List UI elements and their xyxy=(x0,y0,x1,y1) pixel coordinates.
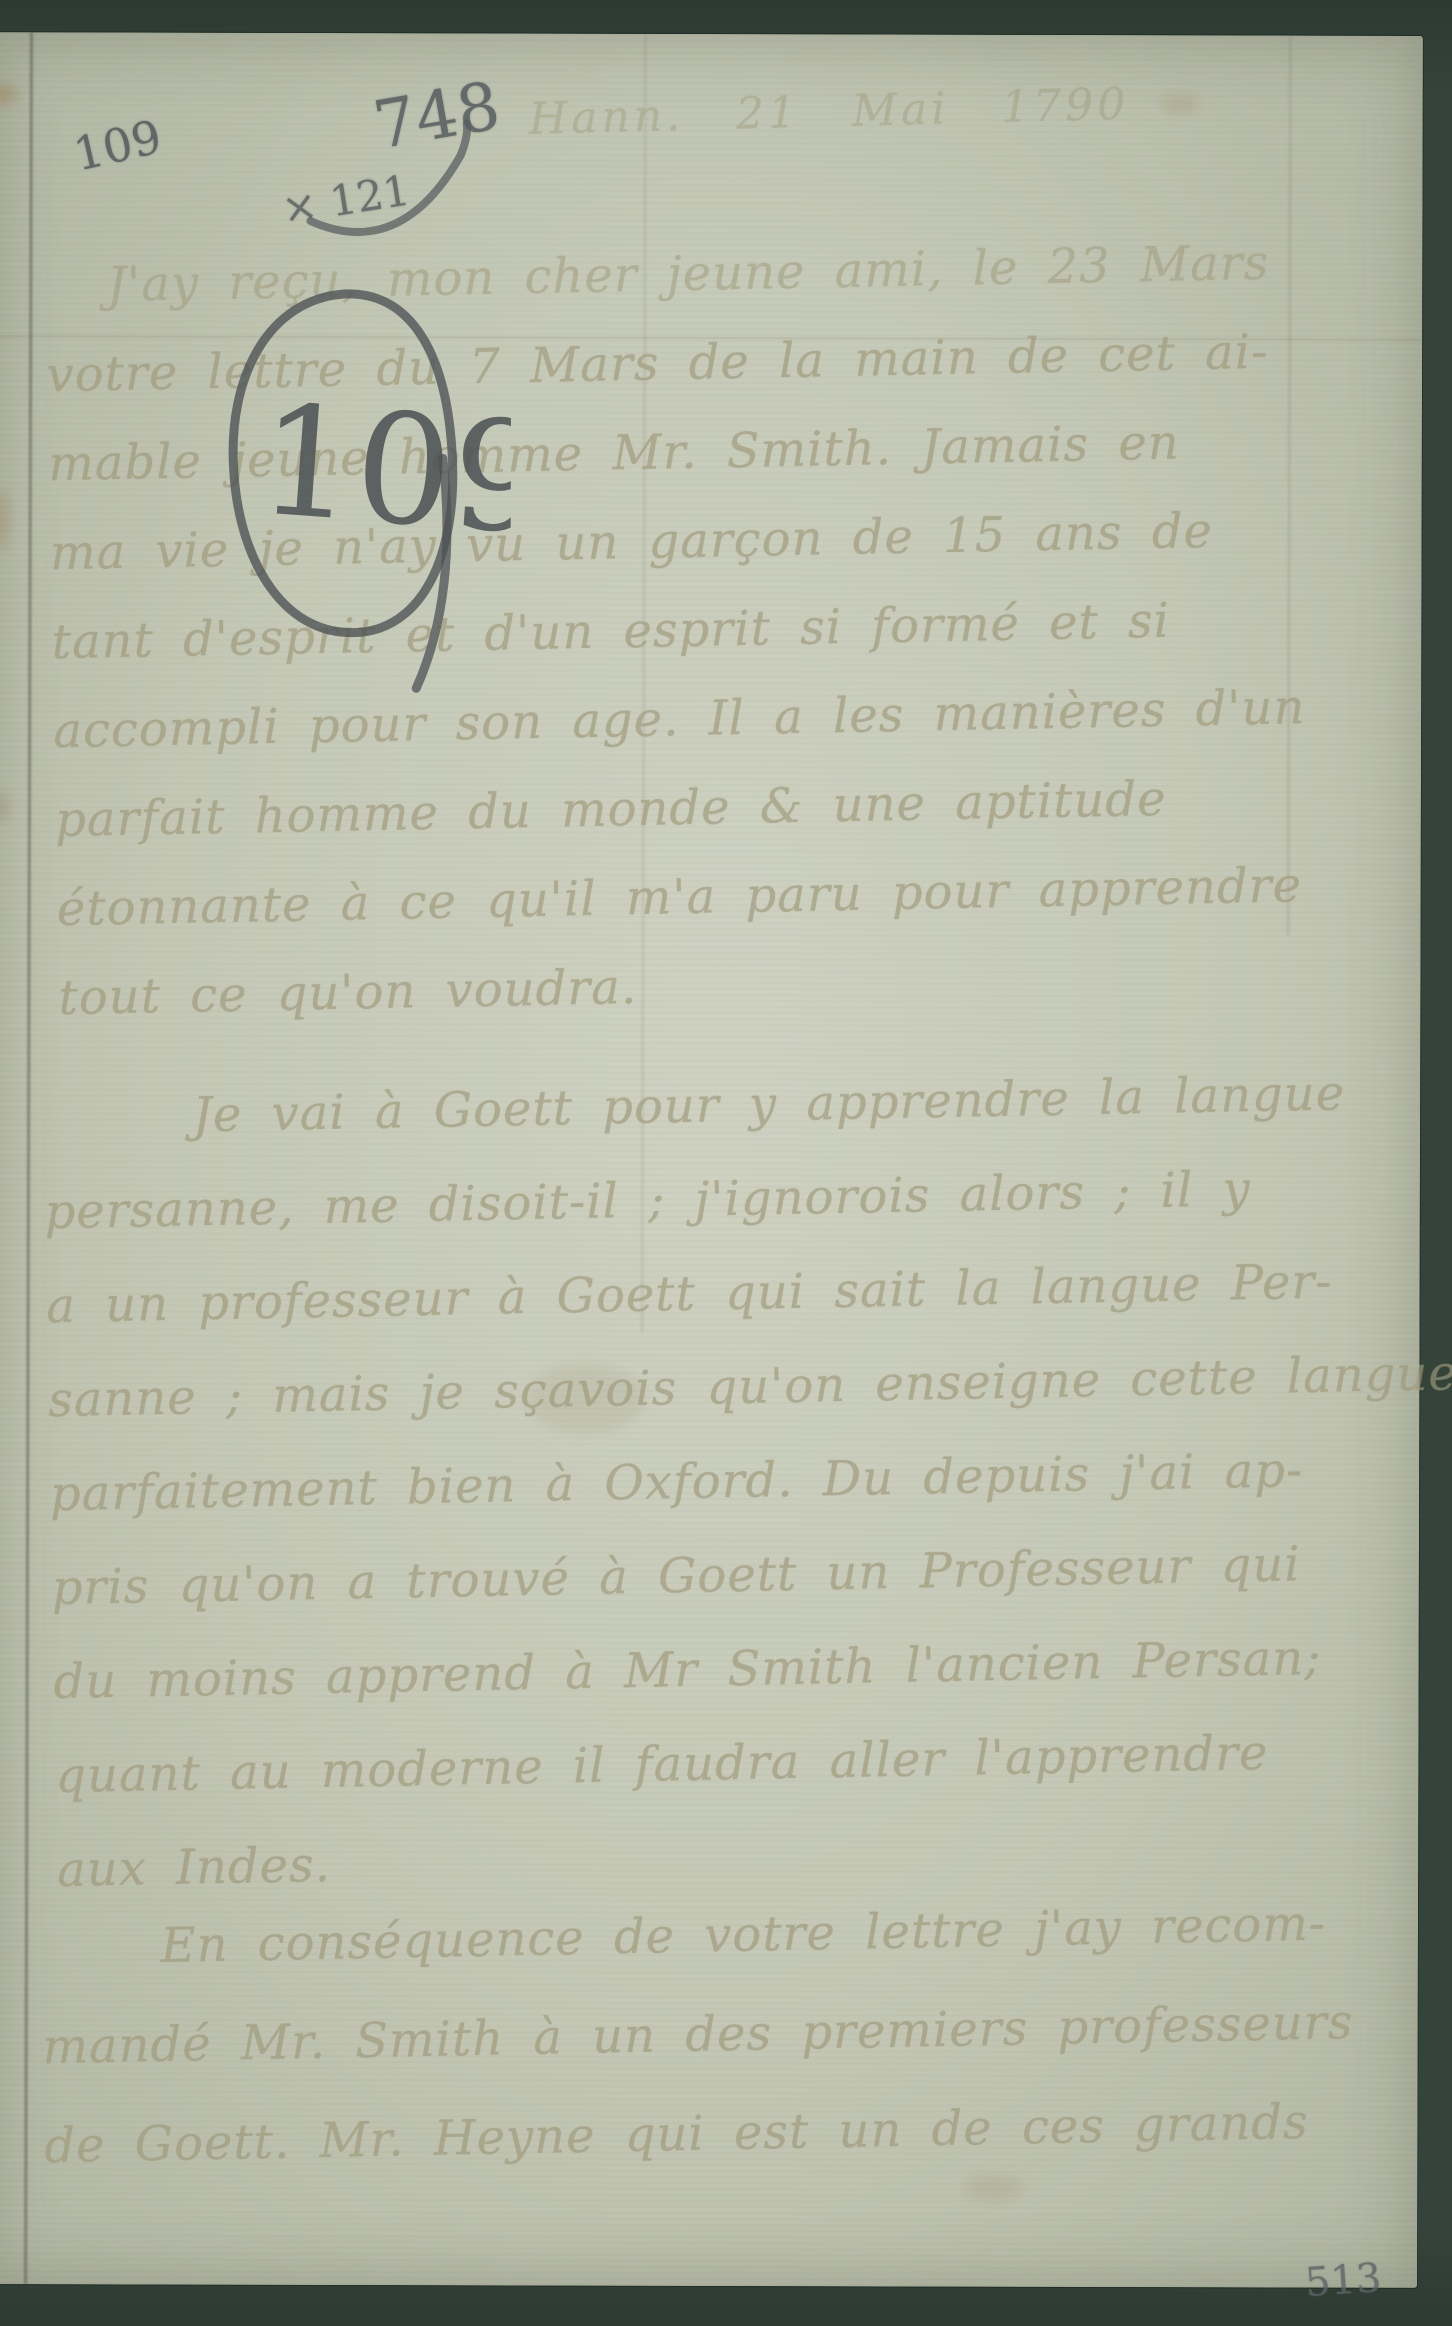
letter-paragraph-3: En conséquence de votre lettre j'ay reco… xyxy=(40,1894,1425,2217)
pencil-page-number: 513 xyxy=(1304,2255,1383,2306)
date-line: Hann. 21 Mai 1790 xyxy=(528,79,1130,145)
letter-paragraph-2: Je vai à Goett pour y apprendre la langu… xyxy=(42,1064,1438,1936)
manuscript-scan: Hann. 21 Mai 1790 J'ay reçu, mon cher je… xyxy=(0,0,1452,2326)
paper-stain xyxy=(1159,95,1199,113)
left-fold-crease xyxy=(24,32,33,2284)
letter-page: Hann. 21 Mai 1790 J'ay reçu, mon cher je… xyxy=(0,32,1423,2288)
pencil-folio-number: 109 xyxy=(69,109,167,181)
paper-stain xyxy=(0,792,9,822)
paper-stain xyxy=(0,490,10,550)
pencil-circled-number: 109 xyxy=(210,246,511,727)
pencil-circled-digits: 109 xyxy=(253,371,512,569)
paper-stain xyxy=(0,84,17,104)
